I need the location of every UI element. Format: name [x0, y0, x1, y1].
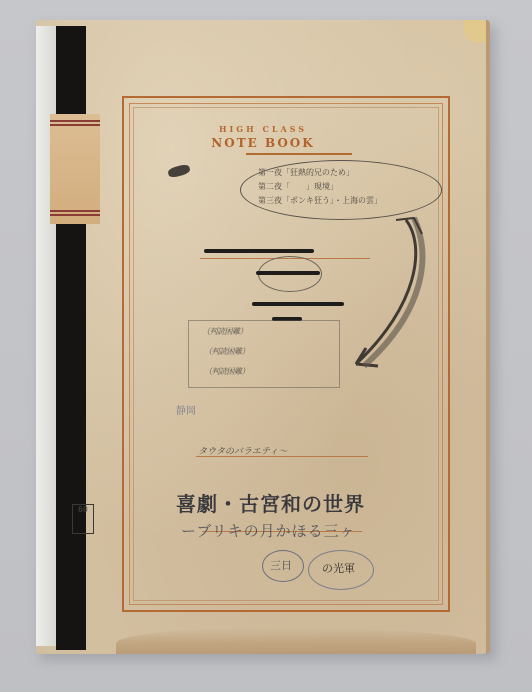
bubble-line-2: 第二夜「 」現境」 [258, 180, 338, 194]
cover-subtitle: HIGH CLASS [36, 124, 490, 134]
bubble-line-1: 第一夜「狂熱的兄のため」 [258, 166, 354, 180]
cover-edge [486, 20, 490, 654]
side-note: 静岡 [176, 402, 196, 417]
box-line-3: （判読困難） [204, 366, 249, 377]
strike-through [256, 271, 320, 275]
water-stain [116, 628, 476, 654]
notebook-cover: 60 HIGH CLASS NOTE BOOK 第一夜「狂熱的兄のため」 第二夜… [36, 20, 490, 654]
spine-mark: 60 [72, 504, 94, 534]
handwritten-subtitle: ーブリキの月かほる三ヶ [181, 520, 356, 541]
arrow-icon [326, 216, 436, 386]
title-rule [246, 153, 352, 155]
spine-label-stripe [50, 214, 100, 216]
oval-right-text: の光軍 [322, 560, 355, 576]
bubble-line-3: 第三夜「ポンキ狂う」・上海の雲」 [258, 194, 382, 208]
spine-label-stripe [50, 210, 100, 212]
strike-through [204, 249, 314, 253]
oval-left-text: 三日 [270, 557, 292, 573]
box-line-2: （判読困難） [204, 346, 249, 357]
ruled-line [196, 456, 368, 457]
spine-label-stripe [50, 120, 100, 122]
cover-title: NOTE BOOK [36, 136, 490, 150]
box-line-1: （判読困難） [202, 326, 247, 337]
handwritten-title: 喜劇・古宮和の世界 [176, 488, 365, 517]
